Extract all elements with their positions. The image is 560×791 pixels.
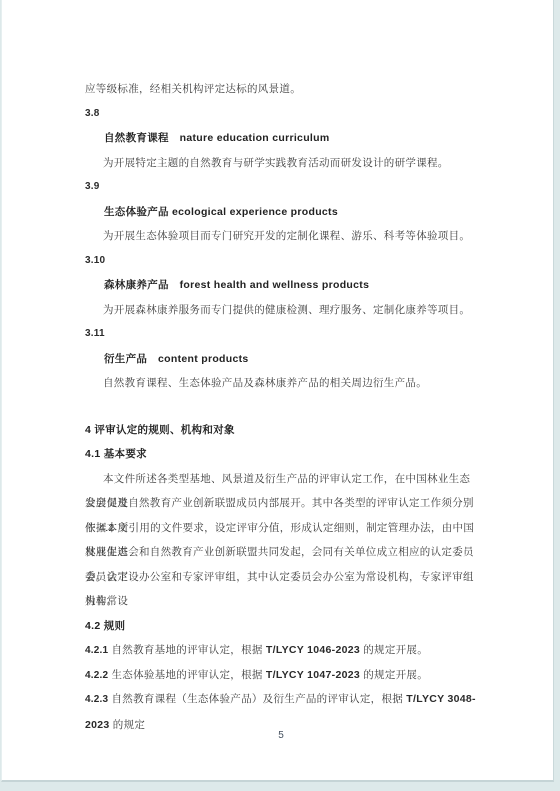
clause-number: 4.2.2 — [85, 670, 108, 681]
section-4-heading: 4 评审认定的规则、机构和对象 — [85, 418, 477, 443]
clause-text: 的规定开展。 — [360, 644, 428, 656]
paragraph-line: 本文件所述各类型基地、风景道及衍生产品的评审认定工作，在中国林业生态发展促进 — [85, 467, 477, 492]
definition-line-3-10: 为开展森林康养服务而专门提供的健康检测、理疗服务、定制化康养等项目。 — [85, 298, 477, 323]
clause-text: 自然教育课程（生态体验产品）及衍生产品的评审认定，根据 — [108, 693, 406, 705]
clause-number-3-8: 3.8 — [85, 102, 477, 127]
standard-reference: T/LYCY 1047-2023 — [266, 669, 360, 681]
clause-4-2-2-line: 4.2.2 生态体验基地的评审认定，根据 T/LYCY 1047-2023 的规… — [85, 663, 477, 688]
clause-4-2-3-line: 4.2.3 自然教育课程（生态体验产品）及衍生产品的评审认定，根据 T/LYCY… — [85, 687, 477, 712]
standard-reference: T/LYCY 1046-2023 — [266, 644, 360, 656]
subsection-4-2-heading: 4.2 规则 — [85, 614, 477, 639]
clause-number: 4.2.3 — [85, 694, 108, 705]
document-page: 应等级标准，经相关机构评定达标的风景道。 3.8 自然教育课程 nature e… — [1, 0, 554, 782]
definition-line-3-11: 自然教育课程、生态体验产品及森林康养产品的相关周边衍生产品。 — [85, 371, 477, 396]
clause-4-2-1-line: 4.2.1 自然教育基地的评审认定，根据 T/LYCY 1046-2023 的规… — [85, 638, 477, 663]
clause-number-3-11: 3.11 — [85, 322, 477, 347]
clause-text: 生态体验基地的评审认定，根据 — [108, 669, 266, 681]
clause-text: 自然教育基地的评审认定，根据 — [108, 644, 266, 656]
section-gap — [85, 396, 477, 418]
paragraph-line: 机构。 — [85, 589, 477, 614]
definition-line-3-9: 为开展生态体验项目而专门研究开发的定制化课程、游乐、科考等体验项目。 — [85, 224, 477, 249]
clause-text: 的规定开展。 — [360, 669, 428, 681]
term-line-3-8: 自然教育课程 nature education curriculum — [85, 126, 477, 151]
page-content: 应等级标准，经相关机构评定达标的风景道。 3.8 自然教育课程 nature e… — [2, 0, 553, 748]
continued-paragraph-line: 应等级标准，经相关机构评定达标的风景道。 — [85, 77, 477, 102]
paragraph-line: 件 4.2 所引用的文件要求，设定评审分值，形成认定细则，制定管理办法，由中国林… — [85, 516, 477, 541]
term-line-3-10: 森林康养产品 forest health and wellness produc… — [85, 273, 477, 298]
paragraph-line: 会会员及自然教育产业创新联盟成员内部展开。其中各类型的评审认定工作须分别依据本文 — [85, 491, 477, 516]
clause-number-3-9: 3.9 — [85, 175, 477, 200]
clause-number: 4.2.1 — [85, 645, 108, 656]
paragraph-line: 委员会下设办公室和专家评审组，其中认定委员会办公室为常设机构，专家评审组为非常设 — [85, 565, 477, 590]
term-line-3-11: 衍生产品 content products — [85, 347, 477, 372]
definition-line-3-8: 为开展特定主题的自然教育与研学实践教育活动而研发设计的研学课程。 — [85, 151, 477, 176]
clause-text: 的规定 — [110, 719, 146, 731]
subsection-4-1-heading: 4.1 基本要求 — [85, 442, 477, 467]
paragraph-line: 发展促进会和自然教育产业创新联盟共同发起，会同有关单位成立相应的认定委员会。认定 — [85, 540, 477, 565]
term-line-3-9: 生态体验产品 ecological experience products — [85, 200, 477, 225]
clause-number-3-10: 3.10 — [85, 249, 477, 274]
